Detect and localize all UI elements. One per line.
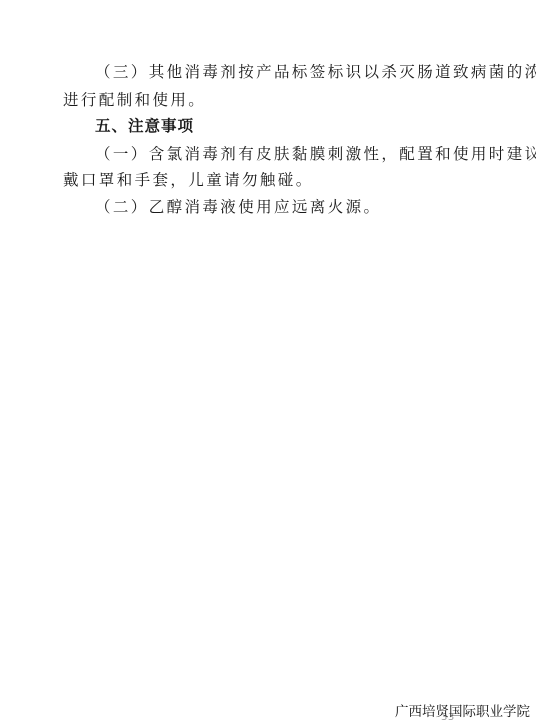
paragraph-3-line-2: 进行配制和使用。	[63, 90, 463, 110]
note-1-line-1: （一）含氯消毒剂有皮肤黏膜刺激性，配置和使用时建议佩	[95, 144, 495, 164]
footer-watermark: 广西培贤国际职业学院	[395, 700, 530, 720]
paragraph-3-line-1: （三）其他消毒剂按产品标签标识以杀灭肠道致病菌的浓度	[95, 62, 495, 82]
section-heading: 五、注意事项	[95, 116, 495, 136]
note-1-line-2: 戴口罩和手套，儿童请勿触碰。	[63, 170, 463, 190]
note-2-line-1: （二）乙醇消毒液使用应远离火源。	[95, 197, 495, 217]
document-page: （三）其他消毒剂按产品标签标识以杀灭肠道致病菌的浓度 进行配制和使用。 五、注意…	[0, 0, 536, 726]
